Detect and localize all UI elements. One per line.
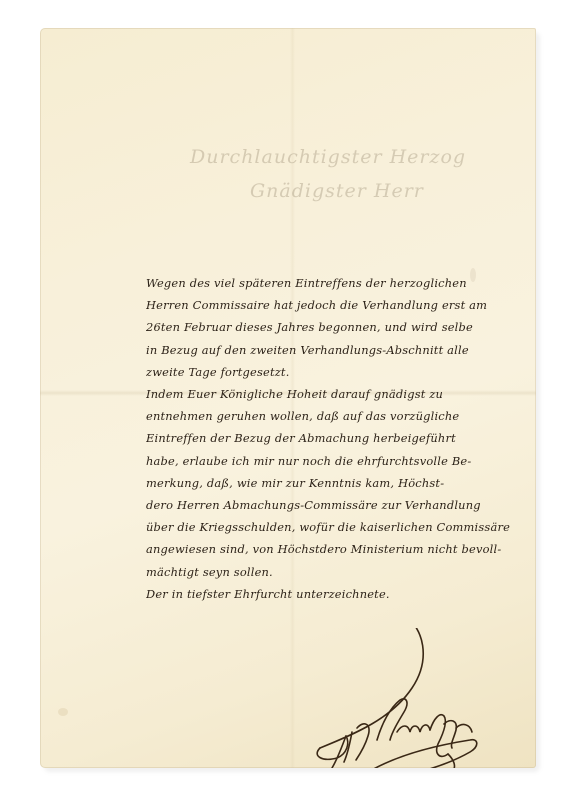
body-line: in Bezug auf den zweiten Verhandlungs-Ab…: [146, 339, 526, 361]
body-line: habe, erlaube ich mir nur noch die ehrfu…: [146, 450, 526, 472]
body-line: 26ten Februar dieses Jahres begonnen, un…: [146, 316, 526, 338]
body-line: entnehmen geruhen wollen, daß auf das vo…: [146, 405, 526, 427]
body-line: mächtigt seyn sollen.: [146, 561, 526, 583]
salutation-line-1: Durchlauchtigster Herzog: [190, 146, 466, 168]
body-line: Eintreffen der Bezug der Abmachung herbe…: [146, 427, 526, 449]
body-line: Der in tiefster Ehrfurcht unterzeichnete…: [146, 583, 526, 605]
body-line: zweite Tage fortgesetzt.: [146, 361, 526, 383]
letter-paper: Durchlauchtigster Herzog Gnädigster Herr…: [40, 28, 536, 768]
body-line: über die Kriegsschulden, wofür die kaise…: [146, 516, 526, 538]
body-line: merkung, daß, wie mir zur Kenntnis kam, …: [146, 472, 526, 494]
body-line: Wegen des viel späteren Eintreffens der …: [146, 272, 526, 294]
letter-body: Wegen des viel späteren Eintreffens der …: [146, 272, 526, 605]
signature-flourish-icon: J. Radetzky: [302, 628, 522, 768]
body-line: angewiesen sind, von Höchstdero Minister…: [146, 538, 526, 560]
salutation-line-2: Gnädigster Herr: [250, 180, 424, 202]
paper-stain: [58, 708, 68, 716]
body-line: dero Herren Abmachungs-Commissäre zur Ve…: [146, 494, 526, 516]
body-line: Herren Commissaire hat jedoch die Verhan…: [146, 294, 526, 316]
body-line: Indem Euer Königliche Hoheit darauf gnäd…: [146, 383, 526, 405]
